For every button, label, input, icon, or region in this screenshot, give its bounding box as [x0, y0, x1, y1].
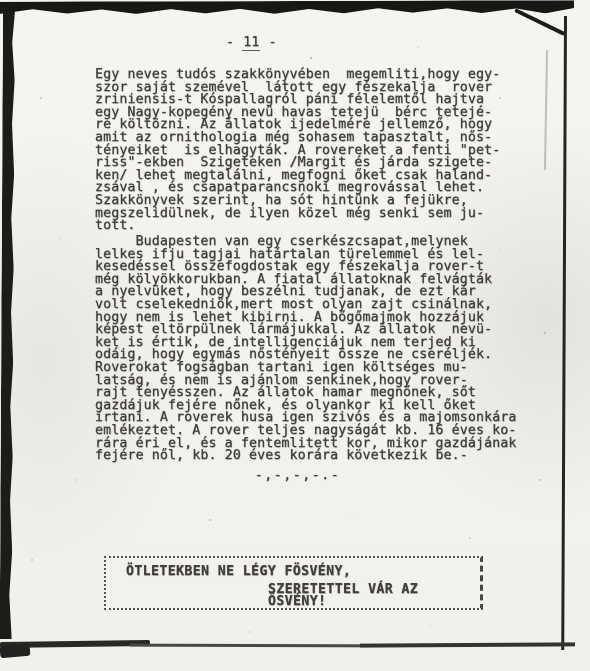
page-content: - 11 - Egy neves tudós szakkönyvében meg… — [0, 0, 590, 671]
slogan-line-1: ÖTLETEKBEN NE LÉGY FÖSVÉNY, — [126, 566, 480, 579]
slogan-box: ÖTLETEKBEN NE LÉGY FÖSVÉNY, SZERETETTEL … — [104, 556, 483, 610]
decorative-separator: -,-,-,-.- — [95, 470, 500, 483]
scanned-document-page: - 11 - Egy neves tudós szakkönyvében meg… — [0, 0, 590, 671]
page-number-value: 11 — [242, 35, 260, 51]
slogan-line-2: SZERETETTEL VÁR AZ ÖSVÉNY! — [268, 584, 480, 609]
paragraph-2: Budapesten van egy cserkészcsapat,melyne… — [95, 236, 516, 463]
page-number-dash-right: - — [260, 35, 276, 50]
paragraph-1: Egy neves tudós szakkönyvében megemliti,… — [95, 69, 500, 233]
page-number: - 11 - — [226, 37, 277, 50]
page-number-dash-left: - — [226, 35, 242, 50]
